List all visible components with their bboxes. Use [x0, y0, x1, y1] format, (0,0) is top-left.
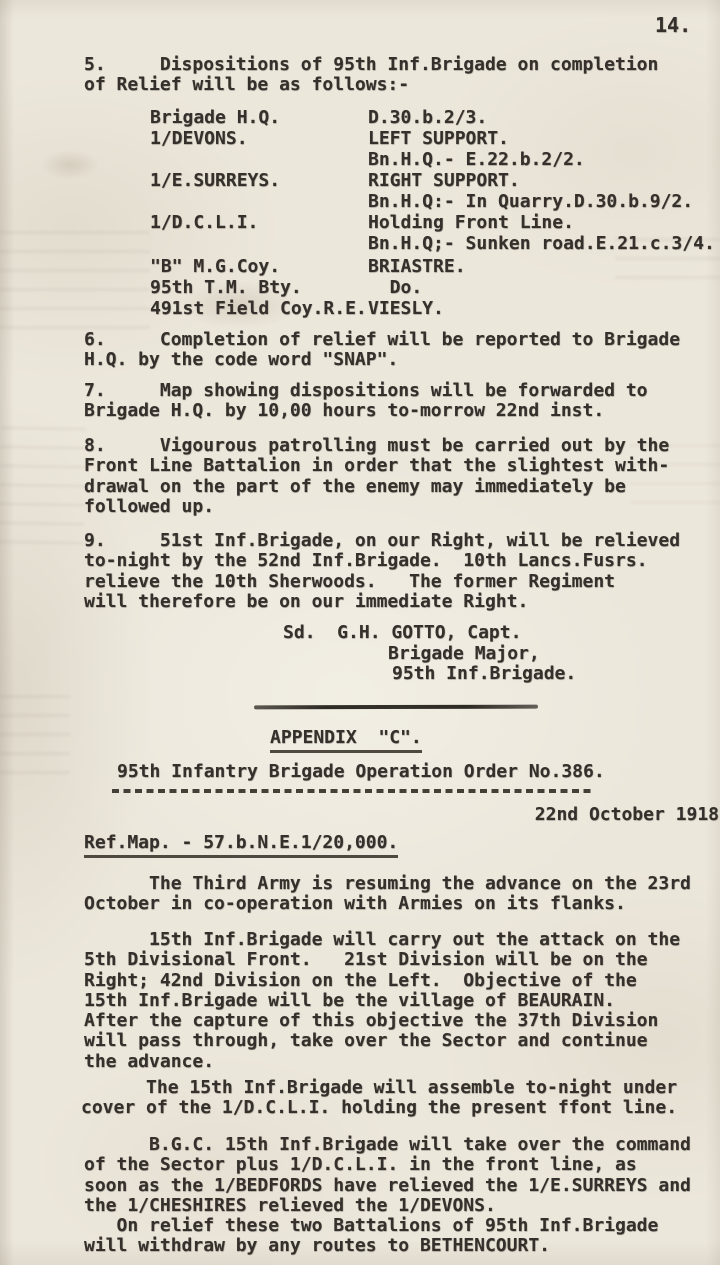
- map-reference: Ref.Map. - 57.b.N.E.1/20,000.: [84, 833, 398, 858]
- disposition-row: Brigade H.Q.D.30.b.2/3.: [150, 107, 715, 128]
- unit-location: Bn.H.Q;- Sunken road.E.21.c.3/4.: [368, 233, 715, 254]
- disposition-row: Bn.H.Q;- Sunken road.E.21.c.3/4.: [150, 233, 715, 254]
- paragraph-7: 7. Map showing dispositions will be forw…: [84, 381, 648, 422]
- attached-unit-row: "B" M.G.Coy.BRIASTRE.: [150, 256, 466, 277]
- unit-name: 491st Field Coy.R.E.: [150, 298, 368, 319]
- dispositions-table: Brigade H.Q.D.30.b.2/3. 1/DEVONS.LEFT SU…: [150, 107, 715, 254]
- disposition-row: 1/D.C.L.I.Holding Front Line.: [150, 212, 715, 233]
- appendix-paragraph-1: The Third Army is resuming the advance o…: [84, 874, 691, 915]
- unit-location: D.30.b.2/3.: [368, 107, 487, 128]
- paragraph-6: 6. Completion of relief will be reported…: [84, 330, 680, 371]
- disposition-row: Bn.H.Q:- In Quarry.D.30.b.9/2.: [150, 191, 715, 212]
- attached-unit-row: 95th T.M. Bty. Do.: [150, 277, 466, 298]
- unit-location: RIGHT SUPPORT.: [368, 170, 520, 191]
- appendix-heading: APPENDIX "C".: [270, 728, 422, 753]
- appendix-paragraph-4: B.G.C. 15th Inf.Brigade will take over t…: [84, 1135, 691, 1257]
- disposition-row: Bn.H.Q.- E.22.b.2/2.: [150, 149, 715, 170]
- dashed-underline-rule: [112, 789, 594, 793]
- bleed-through-ghost: [0, 419, 86, 550]
- signature-unit: 95th Inf.Brigade.: [392, 664, 576, 684]
- paragraph-9: 9. 51st Inf.Brigade, on our Right, will …: [84, 531, 680, 612]
- signature-line: Sd. G.H. GOTTO, Capt.: [283, 623, 521, 643]
- bleed-through-ghost: [0, 215, 150, 335]
- paper-stain: [40, 150, 100, 180]
- unit-location: Do.: [368, 277, 422, 298]
- unit-name: 1/DEVONS.: [150, 128, 368, 149]
- unit-location: Holding Front Line.: [368, 212, 574, 233]
- attached-units-table: "B" M.G.Coy.BRIASTRE. 95th T.M. Bty. Do.…: [150, 256, 466, 319]
- operation-order-title: 95th Infantry Brigade Operation Order No…: [117, 762, 605, 782]
- unit-name: 1/D.C.L.I.: [150, 212, 368, 233]
- unit-name: Brigade H.Q.: [150, 107, 368, 128]
- bleed-through-ghost: [0, 690, 70, 780]
- signature-role: Brigade Major,: [388, 644, 540, 664]
- page-number: 14.: [655, 15, 691, 35]
- unit-location: BRIASTRE.: [368, 256, 466, 277]
- appendix-paragraph-3: The 15th Inf.Brigade will assemble to-ni…: [81, 1078, 677, 1119]
- unit-location: VIESLY.: [368, 298, 444, 319]
- appendix-paragraph-2: 15th Inf.Brigade will carry out the atta…: [84, 930, 680, 1072]
- date-line: 22nd October 1918: [535, 805, 719, 825]
- paragraph-5: 5. Dispositions of 95th Inf.Brigade on c…: [84, 55, 658, 96]
- unit-location: Bn.H.Q:- In Quarry.D.30.b.9/2.: [368, 191, 693, 212]
- section-divider-rule: [254, 705, 538, 710]
- attached-unit-row: 491st Field Coy.R.E.VIESLY.: [150, 298, 466, 319]
- disposition-row: 1/DEVONS.LEFT SUPPORT.: [150, 128, 715, 149]
- unit-location: LEFT SUPPORT.: [368, 128, 509, 149]
- unit-name: 95th T.M. Bty.: [150, 277, 368, 298]
- unit-location: Bn.H.Q.- E.22.b.2/2.: [368, 149, 585, 170]
- document-page: 14. 5. Dispositions of 95th Inf.Brigade …: [0, 0, 720, 1265]
- paragraph-8: 8. Vigourous patrolling must be carried …: [84, 436, 669, 517]
- unit-name: 1/E.SURREYS.: [150, 170, 368, 191]
- unit-name: "B" M.G.Coy.: [150, 256, 368, 277]
- disposition-row: 1/E.SURREYS.RIGHT SUPPORT.: [150, 170, 715, 191]
